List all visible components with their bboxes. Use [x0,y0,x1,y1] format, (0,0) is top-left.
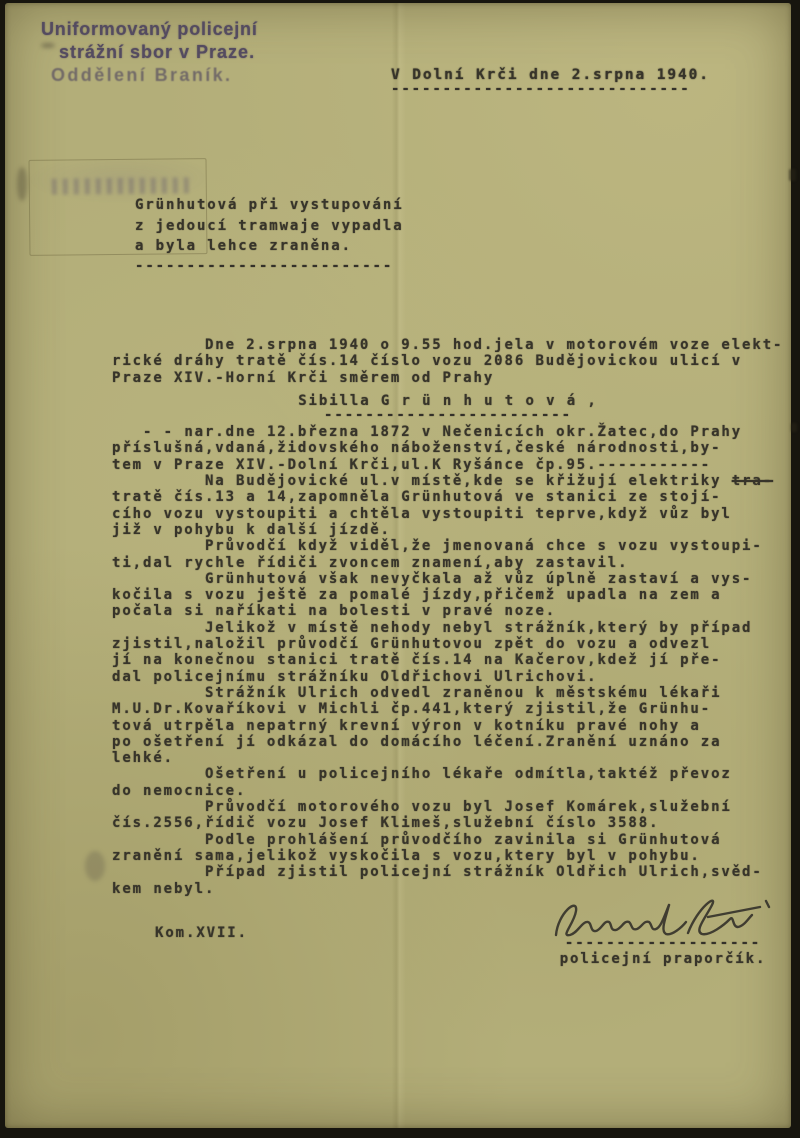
scanned-document: Uniformovaný policejní strážní sbor v Pr… [0,0,800,1138]
document-page: Uniformovaný policejní strážní sbor v Pr… [5,3,791,1128]
stamp-line-1: Uniformovaný policejní [41,19,258,40]
signature-block: ------------------- policejní praporčík. [543,891,783,967]
signature-caption: policejní praporčík. [543,951,783,967]
signature-rule: ------------------- [543,937,783,949]
dateline-rule: ----------------------------- [391,83,710,95]
stamp-line-3: Oddělení Braník. [51,65,258,86]
scan-artifact [789,169,796,181]
paragraph-7: Strážník Ulrich odvedl zraněnou k městsk… [112,685,784,766]
paragraph-5: Grünhutová však nevyčkala až vůz úplně z… [112,571,784,620]
subject-name-rule: ------------------------ [112,409,784,421]
paragraph-3-pre: Na Budějovické ul.v místě,kde se křižují… [112,473,732,489]
paragraph-3-post: tratě čís.13 a 14,zapomněla Grünhutová v… [112,489,732,538]
subject-rule: ------------------------- [135,260,404,272]
paragraph-3: Na Budějovické ul.v místě,kde se křižují… [112,473,784,538]
subject-text: Grünhutová při vystupování z jedoucí tra… [135,195,404,257]
struck-word: tra- [732,473,773,489]
paragraph-1: Dne 2.srpna 1940 o 9.55 hod.jela v motor… [112,337,784,386]
report-body: Dne 2.srpna 1940 o 9.55 hod.jela v motor… [112,337,784,897]
paragraph-10: Podle prohlášení průvodčího zavinila si … [112,832,784,865]
paragraph-2: - - nar.dne 12.března 1872 v Nečenicích … [112,424,784,473]
paragraph-6: Jelikož v místě nehody nebyl strážník,kt… [112,620,784,685]
handwritten-signature [548,891,778,941]
subject-block: Grünhutová při vystupování z jedoucí tra… [135,195,404,272]
paragraph-9: Průvodčí motorového vozu byl Josef Komár… [112,799,784,832]
scan-artifact [85,851,105,881]
scan-artifact [17,167,27,201]
paragraph-8: Ošetření u policejního lékaře odmítla,ta… [112,766,784,799]
paragraph-4: Průvodčí když viděl,že jmenovaná chce s … [112,538,784,571]
scan-artifact [791,423,797,432]
office-stamp: Uniformovaný policejní strážní sbor v Pr… [41,19,258,86]
commissariat-number: Kom.XVII. [155,925,248,941]
stamp-line-2: strážní sbor v Praze. [59,42,258,63]
dateline: V Dolní Krči dne 2.srpna 1940. ---------… [391,67,710,95]
scan-artifact [41,43,55,48]
